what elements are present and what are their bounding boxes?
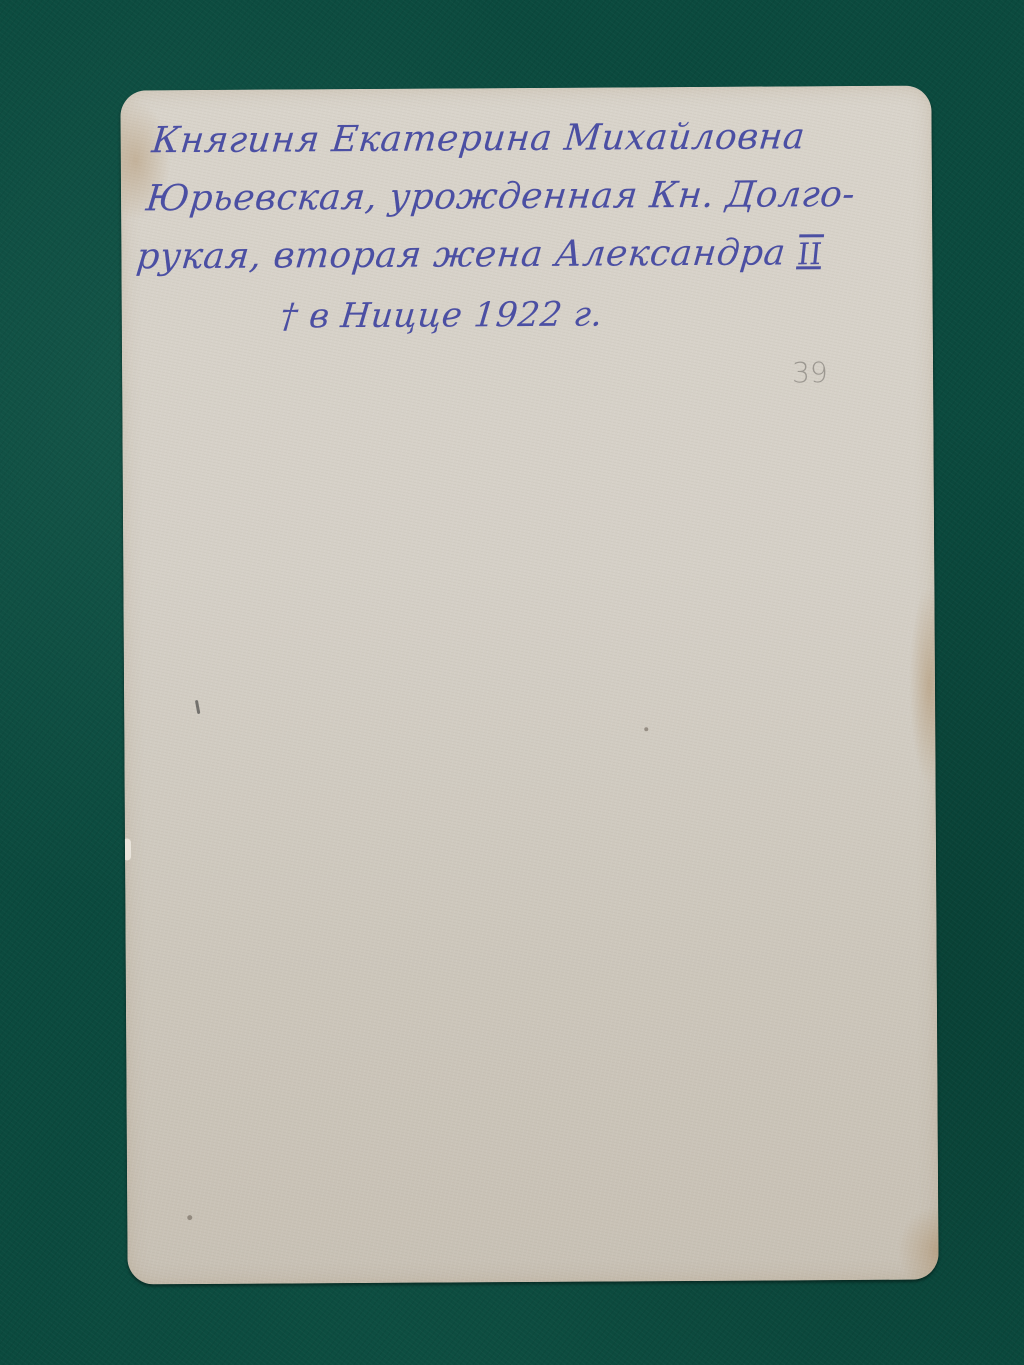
handwritten-inscription: Княгиня Екатерина Михайловна Юрьевская, … bbox=[128, 108, 931, 347]
edge-stain bbox=[908, 585, 938, 785]
edge-nick bbox=[123, 838, 131, 860]
paper-spot bbox=[644, 727, 648, 731]
paper-spot bbox=[187, 1215, 192, 1220]
ink-mark bbox=[195, 700, 200, 714]
photo-card-back: Княгиня Екатерина Михайловна Юрьевская, … bbox=[120, 86, 938, 1285]
inscription-line-1: Княгиня Екатерина Михайловна bbox=[145, 108, 931, 171]
pencil-inventory-number: 39 bbox=[792, 356, 828, 389]
inscription-line-3-text: рукая, вторая жена Александра bbox=[134, 232, 787, 277]
inscription-line-2: Юрьевская, урожденная Кн. Долго- bbox=[139, 166, 925, 229]
regnal-numeral: II bbox=[796, 237, 824, 272]
inscription-line-4: † в Ницце 1922 г. bbox=[128, 284, 914, 347]
inscription-line-3: рукая, вторая жена Александра II bbox=[133, 224, 919, 289]
edge-stain bbox=[897, 1205, 938, 1284]
